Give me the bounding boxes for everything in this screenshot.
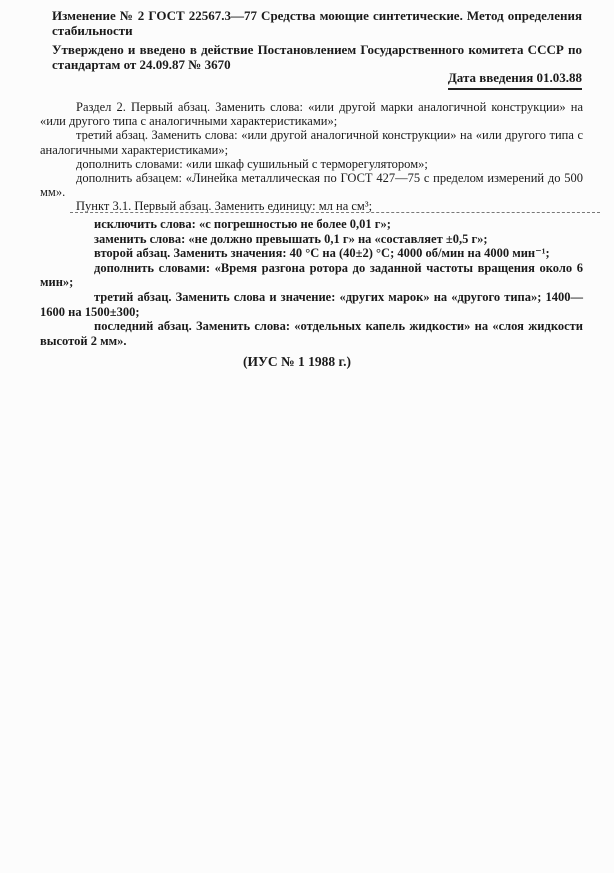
divider bbox=[70, 212, 600, 213]
paragraph: исключить слова: «с погрешностью не боле… bbox=[40, 217, 583, 232]
paragraph: Раздел 2. Первый абзац. Заменить слова: … bbox=[40, 100, 583, 128]
approval-statement: Утверждено и введено в действие Постанов… bbox=[52, 42, 582, 72]
paragraph: дополнить словами: «Время разгона ротора… bbox=[40, 261, 583, 290]
paragraph: третий абзац. Заменить слова и значение:… bbox=[40, 290, 583, 319]
source-reference: (ИУС № 1 1988 г.) bbox=[0, 354, 614, 370]
document-title: Изменение № 2 ГОСТ 22567.3—77 Средства м… bbox=[52, 8, 582, 38]
source-reference-text: (ИУС № 1 1988 г.) bbox=[243, 354, 351, 369]
item-3-1-changes: исключить слова: «с погрешностью не боле… bbox=[40, 217, 583, 348]
paragraph: заменить слова: «не должно превышать 0,1… bbox=[40, 232, 583, 247]
paragraph: третий абзац. Заменить слова: «или друго… bbox=[40, 128, 583, 156]
paragraph: второй абзац. Заменить значения: 40 °С н… bbox=[40, 246, 583, 261]
paragraph: последний абзац. Заменить слова: «отдель… bbox=[40, 319, 583, 348]
paragraph: дополнить абзацем: «Линейка металлическа… bbox=[40, 171, 583, 199]
paragraph: дополнить словами: «или шкаф сушильный с… bbox=[40, 157, 583, 171]
introduction-date: Дата введения 01.03.88 bbox=[448, 70, 582, 90]
document-page: Изменение № 2 ГОСТ 22567.3—77 Средства м… bbox=[0, 0, 614, 873]
section-2-changes: Раздел 2. Первый абзац. Заменить слова: … bbox=[40, 100, 583, 214]
